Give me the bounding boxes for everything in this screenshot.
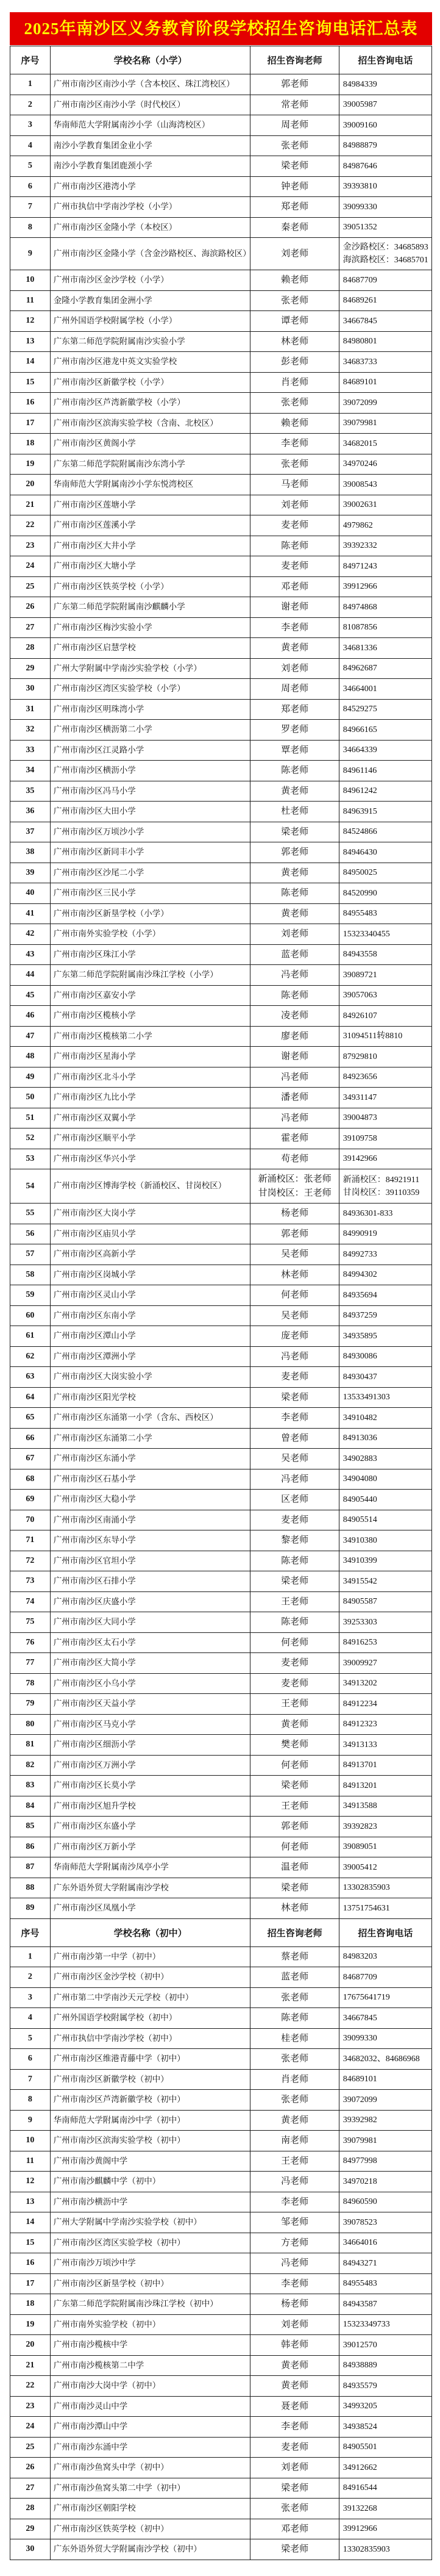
column-header-school: 学校名称（小学）	[50, 46, 250, 74]
phone-number: 39009927	[339, 1653, 431, 1674]
table-row: 85广州市南沙区东盛小学郭老师39392823	[10, 1817, 432, 1837]
phone-number: 84529275	[339, 699, 431, 720]
row-number: 24	[10, 556, 51, 577]
table-row: 19广东第二师范学院附属南沙东湾小学张老师34970246	[10, 454, 432, 475]
school-name: 南沙小学教育集团鹿颈小学	[50, 156, 250, 177]
row-number: 76	[10, 1632, 51, 1653]
phone-number: 39005412	[339, 1857, 431, 1878]
phone-number: 34681336	[339, 638, 431, 659]
page-title: 2025年南沙区义务教育阶段学校招生咨询电话汇总表	[10, 12, 432, 45]
table-row: 41广州市南沙区新垦学校（小学）黄老师84955483	[10, 903, 432, 924]
row-number: 62	[10, 1346, 51, 1367]
table-row: 89广州市南沙区凤凰小学林老师13751754631	[10, 1898, 432, 1919]
school-name: 广州市南沙区湾区实验学校（初中）	[50, 2233, 250, 2253]
teacher-name: 李老师	[250, 2417, 339, 2438]
school-name: 广州市南沙区庙贝小学	[50, 1224, 250, 1244]
school-name: 华南师范大学附属南沙中学（初中）	[50, 2110, 250, 2131]
row-number: 67	[10, 1449, 51, 1469]
row-number: 77	[10, 1653, 51, 1674]
table-row: 22广州市南沙区莲溪小学麦老师4979862	[10, 515, 432, 536]
school-name: 广州市南沙区新徽学校（小学）	[50, 372, 250, 393]
phone-number: 39057063	[339, 985, 431, 1006]
row-number: 81	[10, 1735, 51, 1756]
table-row: 8广州市南沙区金隆小学（本校区）秦老师39051352	[10, 217, 432, 238]
phone-number: 39012570	[339, 2335, 431, 2356]
row-number: 27	[10, 2478, 51, 2499]
teacher-name: 温老师	[250, 1857, 339, 1878]
school-name: 广州市南沙区芦湾新徽学校（初中）	[50, 2090, 250, 2111]
row-number: 80	[10, 1714, 51, 1735]
teacher-name: 蓝老师	[250, 944, 339, 965]
school-name: 广州市南沙区顺平小学	[50, 1128, 250, 1149]
school-name: 广州市执信中学南沙学校（小学）	[50, 197, 250, 218]
teacher-name: 王老师	[250, 1796, 339, 1817]
row-number: 32	[10, 720, 51, 741]
teacher-name: 黄老师	[250, 2110, 339, 2131]
school-phone-table: 序号学校名称（小学）招生咨询老师招生咨询电话1广州市南沙区南沙小学（含本校区、珠…	[10, 46, 432, 2560]
phone-number: 84955483	[339, 2273, 431, 2294]
teacher-name: 曾老师	[250, 1428, 339, 1449]
school-name: 广州市南沙万顷沙中学	[50, 2253, 250, 2274]
phone-number: 84990919	[339, 1224, 431, 1244]
school-name: 广州市南沙灵山中学	[50, 2396, 250, 2417]
school-name: 广州市南沙横沥中学	[50, 2192, 250, 2212]
table-row: 50广州市南沙区九比小学潘老师34931147	[10, 1088, 432, 1108]
school-name: 广州市南沙区双翼小学	[50, 1108, 250, 1128]
row-number: 3	[10, 1987, 51, 2008]
teacher-name: 邓老师	[250, 2519, 339, 2539]
phone-number: 34938524	[339, 2417, 431, 2438]
school-name: 广州市第二中学南沙天元学校（初中）	[50, 1987, 250, 2008]
phone-number: 84984339	[339, 74, 431, 95]
school-name: 广州市南沙区铁英学校（小学）	[50, 576, 250, 597]
table-row: 5南沙小学教育集团鹿颈小学梁老师84987646	[10, 156, 432, 177]
teacher-name: 王老师	[250, 1591, 339, 1612]
table-row: 31广州市南沙区明珠湾小学郑老师84529275	[10, 699, 432, 720]
table-row: 4广州外国语学校附属学校（初中）陈老师34667845	[10, 2008, 432, 2029]
row-number: 49	[10, 1067, 51, 1088]
phone-number: 34910399	[339, 1551, 431, 1571]
teacher-name: 新涌校区：张老师 甘岗校区：王老师	[250, 1169, 339, 1204]
phone-number: 34664001	[339, 679, 431, 700]
phone-number: 34664016	[339, 2233, 431, 2253]
school-name: 广州市南沙区东南小学	[50, 1305, 250, 1326]
school-name: 广州市南沙区金隆小学（本校区）	[50, 217, 250, 238]
row-number: 30	[10, 2539, 51, 2560]
teacher-name: 李老师	[250, 617, 339, 638]
phone-number: 34902883	[339, 1449, 431, 1469]
phone-number: 39099330	[339, 2028, 431, 2049]
phone-number: 84955483	[339, 903, 431, 924]
phone-number: 39132268	[339, 2499, 431, 2519]
teacher-name: 谭老师	[250, 311, 339, 332]
phone-number: 84923656	[339, 1067, 431, 1088]
teacher-name: 黎老师	[250, 1530, 339, 1551]
teacher-name: 林老师	[250, 1265, 339, 1285]
teacher-name: 杜老师	[250, 802, 339, 822]
teacher-name: 梁老师	[250, 2478, 339, 2499]
phone-number: 84963915	[339, 802, 431, 822]
school-name: 广东第二师范学院附属南沙珠江学校（初中）	[50, 2294, 250, 2315]
teacher-name: 潘老师	[250, 1088, 339, 1108]
table-row: 18广东第二师范学院附属南沙珠江学校（初中）杨老师84943587	[10, 2294, 432, 2315]
row-number: 12	[10, 311, 51, 332]
row-number: 84	[10, 1796, 51, 1817]
school-name: 广州市南沙区冯马小学	[50, 781, 250, 802]
table-row: 48广州市南沙区星海小学谢老师87929810	[10, 1047, 432, 1067]
teacher-name: 陈老师	[250, 1551, 339, 1571]
phone-number: 34910482	[339, 1408, 431, 1429]
teacher-name: 麦老师	[250, 515, 339, 536]
school-name: 广州市南沙区港湾小学	[50, 176, 250, 197]
school-name: 华南师范大学附属南沙小学东悦湾校区	[50, 475, 250, 495]
phone-number: 39393810	[339, 176, 431, 197]
table-row: 4南沙小学教育集团金业小学张老师84988879	[10, 135, 432, 156]
school-name: 广州市南沙区岗城小学	[50, 1265, 250, 1285]
phone-number: 13302835903	[339, 1878, 431, 1898]
row-number: 2	[10, 1967, 51, 1988]
phone-number: 84905587	[339, 1591, 431, 1612]
row-number: 21	[10, 495, 51, 515]
teacher-name: 梁老师	[250, 1387, 339, 1408]
phone-number: 34970246	[339, 454, 431, 475]
row-number: 74	[10, 1591, 51, 1612]
teacher-name: 梁老师	[250, 1776, 339, 1796]
table-row: 3华南师范大学附属南沙小学（山海湾校区）周老师39009160	[10, 115, 432, 136]
phone-number: 84905501	[339, 2437, 431, 2458]
table-row: 11金隆小学教育集团金洲小学张老师84689261	[10, 290, 432, 311]
row-number: 39	[10, 863, 51, 883]
table-row: 39广州市南沙区沙尾二小学黄老师84950025	[10, 863, 432, 883]
row-number: 22	[10, 2376, 51, 2397]
teacher-name: 冯老师	[250, 1067, 339, 1088]
table-row: 57广州市南沙区高新小学吴老师84992733	[10, 1244, 432, 1265]
teacher-name: 廖老师	[250, 1026, 339, 1047]
school-name: 广州市南沙区天益小学	[50, 1694, 250, 1715]
table-row: 86广州市南沙区万新小学何老师39089051	[10, 1837, 432, 1857]
teacher-name: 张老师	[250, 2090, 339, 2111]
phone-number: 84935694	[339, 1285, 431, 1306]
phone-number: 84977998	[339, 2151, 431, 2172]
teacher-name: 蔡老师	[250, 1946, 339, 1967]
teacher-name: 韩老师	[250, 2335, 339, 2356]
phone-number: 34913133	[339, 1735, 431, 1756]
phone-number: 39079981	[339, 413, 431, 434]
teacher-name: 王老师	[250, 1694, 339, 1715]
row-number: 53	[10, 1149, 51, 1169]
row-number: 50	[10, 1088, 51, 1108]
table-row: 64广州市南沙区阳光学校梁老师13533491303	[10, 1387, 432, 1408]
table-row: 52广州市南沙区顺平小学霍老师39109758	[10, 1128, 432, 1149]
phone-number: 84961242	[339, 781, 431, 802]
school-name: 广州市南沙区东涌小学	[50, 1449, 250, 1469]
phone-number: 84943558	[339, 944, 431, 965]
phone-number: 34970218	[339, 2172, 431, 2192]
phone-number: 84524866	[339, 822, 431, 842]
row-number: 37	[10, 822, 51, 842]
row-number: 46	[10, 1006, 51, 1027]
school-name: 广州市南沙区南沙小学（时代校区）	[50, 95, 250, 115]
phone-number: 34993205	[339, 2396, 431, 2417]
table-row: 23广州市南沙灵山中学聂老师34993205	[10, 2396, 432, 2417]
teacher-name: 凌老师	[250, 1006, 339, 1027]
teacher-name: 张老师	[250, 290, 339, 311]
table-row: 44广东第二师范学院附属南沙珠江学校（小学）冯老师39089721	[10, 965, 432, 986]
phone-number: 84966165	[339, 720, 431, 741]
phone-number: 84913701	[339, 1755, 431, 1776]
phone-number: 34913202	[339, 1673, 431, 1694]
teacher-name: 李老师	[250, 2192, 339, 2212]
school-name: 广州市南沙麒麟中学（初中）	[50, 2172, 250, 2192]
school-name: 广州市南沙黄阁中学	[50, 2151, 250, 2172]
table-row: 29广州市南沙区铁英学校（初中）邓老师39912966	[10, 2519, 432, 2539]
school-name: 华南师范大学附属南沙凤亭小学	[50, 1857, 250, 1878]
row-number: 16	[10, 393, 51, 414]
table-row: 28广州市南沙区朝阳学校张老师39132268	[10, 2499, 432, 2519]
row-number: 19	[10, 454, 51, 475]
phone-number: 84938889	[339, 2355, 431, 2376]
teacher-name: 常老师	[250, 95, 339, 115]
table-row: 60广州市南沙区东南小学吴老师84937259	[10, 1305, 432, 1326]
table-row: 10广州市南沙区金沙学校（小学）赖老师84687709	[10, 270, 432, 291]
school-name: 广东第二师范学院附属南沙麒麟小学	[50, 597, 250, 618]
teacher-name: 冯老师	[250, 2253, 339, 2274]
column-header-no: 序号	[10, 1918, 51, 1946]
teacher-name: 梁老师	[250, 2539, 339, 2560]
row-number: 56	[10, 1224, 51, 1244]
row-number: 9	[10, 2110, 51, 2131]
school-name: 广州市南沙区石基小学	[50, 1469, 250, 1490]
row-number: 26	[10, 597, 51, 618]
phone-number: 39142966	[339, 1149, 431, 1169]
teacher-name: 梁老师	[250, 1571, 339, 1592]
phone-number: 84974868	[339, 597, 431, 618]
phone-number: 84960590	[339, 2192, 431, 2212]
phone-number: 39072099	[339, 2090, 431, 2111]
row-number: 21	[10, 2355, 51, 2376]
row-number: 85	[10, 1817, 51, 1837]
table-row: 2广州市南沙区南沙小学（时代校区）常老师39005987	[10, 95, 432, 115]
school-name: 广州市南沙区万顷沙小学	[50, 822, 250, 842]
row-number: 14	[10, 352, 51, 373]
table-row: 40广州市南沙区三民小学陈老师84520990	[10, 883, 432, 904]
row-number: 17	[10, 413, 51, 434]
school-name: 广州市南沙区滨海实验学校（含南、北校区）	[50, 413, 250, 434]
phone-number: 34913588	[339, 1796, 431, 1817]
row-number: 47	[10, 1026, 51, 1047]
table-row: 1广州市南沙第一中学（初中）蔡老师84983203	[10, 1946, 432, 1967]
document-page: 2025年南沙区义务教育阶段学校招生咨询电话汇总表 序号学校名称（小学）招生咨询…	[0, 0, 440, 2576]
row-number: 89	[10, 1898, 51, 1919]
table-row: 23广州市南沙区大井小学陈老师39392332	[10, 536, 432, 556]
row-number: 26	[10, 2458, 51, 2478]
table-row: 25广州市南沙区铁英学校（小学）邓老师39912966	[10, 576, 432, 597]
teacher-name: 杨老师	[250, 2294, 339, 2315]
teacher-name: 吴老师	[250, 1449, 339, 1469]
teacher-name: 苟老师	[250, 1149, 339, 1169]
teacher-name: 黄老师	[250, 1714, 339, 1735]
phone-number: 金沙路校区：34685893 海滨路校区：34685701	[339, 238, 431, 270]
school-name: 广州市南沙区长莫小学	[50, 1776, 250, 1796]
teacher-name: 肖老师	[250, 2069, 339, 2090]
teacher-name: 彭老师	[250, 352, 339, 373]
section-header-row: 序号学校名称（初中）招生咨询老师招生咨询电话	[10, 1918, 432, 1946]
school-name: 广州市南沙区金隆小学（含金沙路校区、海滨路校区）	[50, 238, 250, 270]
school-name: 广州市南沙区金沙学校（初中）	[50, 1967, 250, 1988]
school-name: 广州市南沙区石排小学	[50, 1571, 250, 1592]
phone-number: 84913036	[339, 1428, 431, 1449]
school-name: 广州市南外实验学校（小学）	[50, 924, 250, 945]
row-number: 41	[10, 903, 51, 924]
phone-number: 84687709	[339, 1967, 431, 1988]
phone-number: 84905440	[339, 1490, 431, 1510]
row-number: 22	[10, 515, 51, 536]
table-row: 38广州市南沙区新同丰小学郭老师84946430	[10, 842, 432, 863]
table-row: 71广州市南沙区东导小学黎老师34910380	[10, 1530, 432, 1551]
table-row: 87华南师范大学附属南沙凤亭小学温老师39005412	[10, 1857, 432, 1878]
table-row: 61广州市南沙区潭山小学庞老师34935895	[10, 1326, 432, 1347]
table-row: 27广州市南沙区梅沙实验小学李老师81087856	[10, 617, 432, 638]
school-name: 广州市南沙区东涌第二小学	[50, 1428, 250, 1449]
phone-number: 84943271	[339, 2253, 431, 2274]
teacher-name: 麦老师	[250, 1510, 339, 1530]
school-name: 广州市南沙区大简小学	[50, 1653, 250, 1674]
row-number: 87	[10, 1857, 51, 1878]
teacher-name: 罗老师	[250, 720, 339, 741]
phone-number: 34682015	[339, 434, 431, 454]
teacher-name: 聂老师	[250, 2396, 339, 2417]
phone-number: 31094511转8810	[339, 1026, 431, 1047]
table-row: 83广州市南沙区长莫小学梁老师84913201	[10, 1776, 432, 1796]
section-header-row: 序号学校名称（小学）招生咨询老师招生咨询电话	[10, 46, 432, 74]
school-name: 广州市南沙区东盛小学	[50, 1817, 250, 1837]
school-name: 广州市南沙第一中学（初中）	[50, 1946, 250, 1967]
teacher-name: 樊老师	[250, 1735, 339, 1756]
school-name: 广州市南沙区榄核第二小学	[50, 1026, 250, 1047]
table-row: 30广东外语外贸大学附属南沙学校（初中）梁老师13302835903	[10, 2539, 432, 2560]
teacher-name: 李老师	[250, 434, 339, 454]
row-number: 59	[10, 1285, 51, 1306]
school-name: 广州市南沙区大稳小学	[50, 1490, 250, 1510]
phone-number: 84689261	[339, 290, 431, 311]
teacher-name: 刘老师	[250, 2458, 339, 2478]
phone-number: 39089051	[339, 1837, 431, 1857]
row-number: 12	[10, 2172, 51, 2192]
phone-number: 84689101	[339, 2069, 431, 2090]
table-row: 42广州市南外实验学校（小学）刘老师15323340455	[10, 924, 432, 945]
phone-number: 34915542	[339, 1571, 431, 1592]
phone-number: 84689101	[339, 372, 431, 393]
row-number: 44	[10, 965, 51, 986]
teacher-name: 周老师	[250, 679, 339, 700]
column-header-phone: 招生咨询电话	[339, 1918, 431, 1946]
school-name: 广州市南沙区大塘小学	[50, 556, 250, 577]
phone-number: 39072099	[339, 393, 431, 414]
phone-number: 84916544	[339, 2478, 431, 2499]
table-row: 12广州外国语学校附属学校（小学）谭老师34667845	[10, 311, 432, 332]
row-number: 79	[10, 1694, 51, 1715]
teacher-name: 钟老师	[250, 176, 339, 197]
school-name: 广州市南沙潭山中学	[50, 2417, 250, 2438]
row-number: 75	[10, 1612, 51, 1633]
school-name: 广州市南沙区芦湾新徽学校（小学）	[50, 393, 250, 414]
teacher-name: 周老师	[250, 115, 339, 136]
school-name: 广州市南沙区星海小学	[50, 1047, 250, 1067]
row-number: 17	[10, 2273, 51, 2294]
table-row: 15广州市南沙区湾区实验学校（初中）方老师34664016	[10, 2233, 432, 2253]
teacher-name: 桂老师	[250, 2028, 339, 2049]
phone-number: 84912234	[339, 1694, 431, 1715]
teacher-name: 梁老师	[250, 156, 339, 177]
phone-number: 34682032、84686968	[339, 2049, 431, 2070]
teacher-name: 冯老师	[250, 965, 339, 986]
phone-number: 34667845	[339, 2008, 431, 2029]
teacher-name: 庞老师	[250, 1326, 339, 1347]
phone-number: 84936301-833	[339, 1204, 431, 1224]
school-name: 广东第二师范学院附属南沙珠江学校（小学）	[50, 965, 250, 986]
phone-number: 39392823	[339, 1817, 431, 1837]
teacher-name: 陈老师	[250, 2008, 339, 2029]
phone-number: 17675641719	[339, 1987, 431, 2008]
row-number: 30	[10, 679, 51, 700]
school-name: 广州市南沙区沙尾二小学	[50, 863, 250, 883]
row-number: 11	[10, 290, 51, 311]
table-row: 84广州市南沙区旭升学校王老师34913588	[10, 1796, 432, 1817]
school-name: 广州市南沙东涌中学	[50, 2437, 250, 2458]
table-row: 55广州市南沙区大岗小学杨老师84936301-833	[10, 1204, 432, 1224]
table-row: 2广州市南沙区金沙学校（初中）蓝老师84687709	[10, 1967, 432, 1988]
teacher-name: 黄老师	[250, 2376, 339, 2397]
row-number: 45	[10, 985, 51, 1006]
table-row: 76广州市南沙区太石小学何老师84916253	[10, 1632, 432, 1653]
teacher-name: 黄老师	[250, 638, 339, 659]
table-row: 7广州市南沙区新徽学校（初中）肖老师84689101	[10, 2069, 432, 2090]
phone-number: 4979862	[339, 515, 431, 536]
table-row: 6广州市南沙区维港青藤中学（初中）张老师34682032、84686968	[10, 2049, 432, 2070]
teacher-name: 梁老师	[250, 1878, 339, 1898]
phone-number: 39392332	[339, 536, 431, 556]
teacher-name: 麦老师	[250, 1653, 339, 1674]
teacher-name: 麦老师	[250, 556, 339, 577]
phone-number: 84962687	[339, 658, 431, 679]
school-name: 广州市南沙区大岗实验小学	[50, 1367, 250, 1388]
teacher-name: 方老师	[250, 2233, 339, 2253]
teacher-name: 麦老师	[250, 2437, 339, 2458]
teacher-name: 谢老师	[250, 1047, 339, 1067]
phone-number: 84943587	[339, 2294, 431, 2315]
phone-number: 34935895	[339, 1326, 431, 1347]
school-name: 广州市南沙区大井小学	[50, 536, 250, 556]
table-row: 53广州市南沙区华兴小学苟老师39142966	[10, 1149, 432, 1169]
teacher-name: 何老师	[250, 1285, 339, 1306]
teacher-name: 梁老师	[250, 822, 339, 842]
school-name: 广州市南沙区东导小学	[50, 1530, 250, 1551]
school-name: 广东外语外贸大学附属南沙学校	[50, 1878, 250, 1898]
row-number: 72	[10, 1551, 51, 1571]
table-row: 1广州市南沙区南沙小学（含本校区、珠江湾校区）郭老师84984339	[10, 74, 432, 95]
row-number: 82	[10, 1755, 51, 1776]
school-name: 广州市南沙区灵山小学	[50, 1285, 250, 1306]
table-row: 18广州市南沙区黄阁小学李老师34682015	[10, 434, 432, 454]
school-name: 广州市南沙区莲塘小学	[50, 495, 250, 515]
phone-number: 84687709	[339, 270, 431, 291]
teacher-name: 黄老师	[250, 903, 339, 924]
school-name: 广州市南沙区潭山小学	[50, 1326, 250, 1347]
table-row: 8广州市南沙区芦湾新徽学校（初中）张老师39072099	[10, 2090, 432, 2111]
table-row: 27广州市南沙鱼窝头第二中学（初中）梁老师84916544	[10, 2478, 432, 2499]
row-number: 14	[10, 2212, 51, 2233]
teacher-name: 肖老师	[250, 372, 339, 393]
